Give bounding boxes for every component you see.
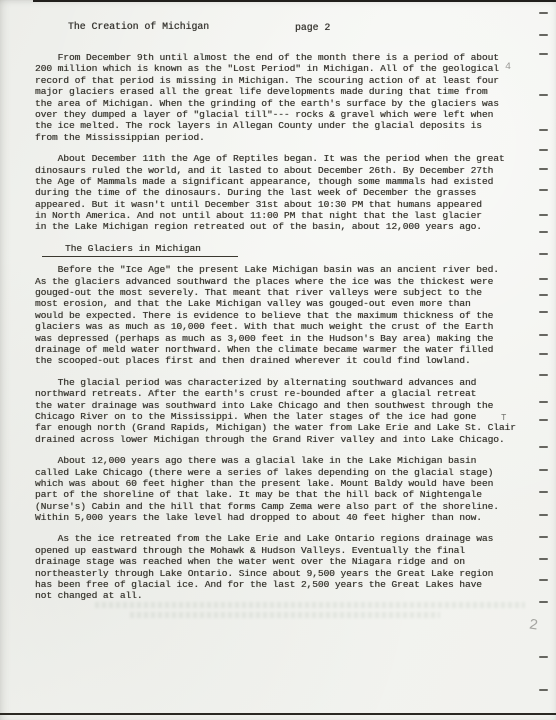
text-line: during the time of the dinosaurs. During… bbox=[35, 187, 542, 198]
scan-artifact-dash bbox=[539, 374, 548, 376]
scan-artifact-dash bbox=[539, 601, 548, 603]
ink-bleed-through bbox=[95, 602, 525, 608]
scan-artifact-dash bbox=[539, 689, 548, 691]
scan-artifact-dash bbox=[539, 231, 548, 233]
scan-artifact-dash bbox=[539, 149, 548, 151]
scan-artifact-dash bbox=[539, 168, 548, 170]
scan-artifact-dash bbox=[539, 656, 548, 658]
text-line: drainage stage was reached when the wate… bbox=[35, 556, 542, 567]
scan-artifact-dash bbox=[539, 536, 548, 538]
section-heading-text: The Glaciers in Michigan bbox=[65, 243, 201, 254]
text-line: Before the "Ice Age" the present Lake Mi… bbox=[35, 264, 542, 275]
text-line: The glacial period was characterized by … bbox=[35, 377, 542, 388]
text-line: northward retreats. After the earth's cr… bbox=[35, 388, 542, 399]
scan-artifact-dash bbox=[539, 53, 548, 55]
text-line: Within 5,000 years the lake level had dr… bbox=[35, 512, 542, 523]
text-line: opened up eastward through the Mohawk & … bbox=[35, 545, 542, 556]
scan-artifact-dash bbox=[539, 353, 548, 355]
scan-artifact-dash bbox=[539, 294, 548, 296]
text-line: dinosaurs ruled the world, and it lasted… bbox=[35, 165, 542, 176]
text-line: northeasterly through Lake Ontario. Sinc… bbox=[35, 568, 542, 579]
text-line: As the glaciers advanced southward the p… bbox=[35, 276, 542, 287]
scan-edge-bottom-line bbox=[0, 713, 556, 715]
paragraph: As the ice retreated from the Lake Erie … bbox=[35, 533, 542, 601]
text-line: which was about 60 feet higher than the … bbox=[35, 478, 542, 489]
paragraph: About December 11th the Age of Reptiles … bbox=[35, 153, 542, 233]
scan-artifact-dash bbox=[539, 12, 548, 14]
text-line: has been free of glacial ice. And for th… bbox=[35, 579, 542, 590]
stray-pen-mark: T bbox=[501, 413, 506, 423]
document-body: From December 9th until almost the end o… bbox=[35, 52, 542, 612]
text-line: appeared. But it wasn't until December 3… bbox=[35, 199, 542, 210]
scan-artifact-dash bbox=[539, 278, 548, 280]
paragraph: Before the "Ice Age" the present Lake Mi… bbox=[35, 264, 542, 367]
paragraph: From December 9th until almost the end o… bbox=[35, 52, 542, 143]
scan-artifact-dash bbox=[539, 189, 548, 191]
scan-artifact-dash bbox=[539, 469, 548, 471]
paragraph: About 12,000 years ago there was a glaci… bbox=[35, 455, 542, 523]
scan-artifact-dash bbox=[539, 129, 548, 131]
text-line: From December 9th until almost the end o… bbox=[35, 52, 542, 63]
stray-pen-mark: 2 bbox=[528, 616, 539, 634]
ink-bleed-through bbox=[130, 612, 440, 618]
text-line: (Nurse's) Cabin and the hill that forms … bbox=[35, 501, 542, 512]
text-line: gouged-out the most severely. That meant… bbox=[35, 287, 542, 298]
text-line: was depressed (perhaps as much as 3,000 … bbox=[35, 333, 542, 344]
scan-artifact-dash bbox=[539, 34, 548, 36]
text-line: not changed at all. bbox=[35, 590, 542, 601]
text-line: the area of Michigan. When the grinding … bbox=[35, 98, 542, 109]
page-number-label: page 2 bbox=[295, 22, 330, 33]
text-line: far enough north (Grand Rapids, Michigan… bbox=[35, 422, 542, 433]
stray-pen-mark: 4 bbox=[505, 62, 511, 73]
scan-artifact-dash bbox=[539, 334, 548, 336]
text-line: 200 million which is known as the "Lost … bbox=[35, 63, 542, 74]
scan-artifact-dash bbox=[539, 558, 548, 560]
heading-underline bbox=[42, 256, 238, 258]
scan-artifact-dash bbox=[539, 491, 548, 493]
text-line: major glaciers erased all the great life… bbox=[35, 86, 542, 97]
scan-artifact-dash bbox=[539, 311, 548, 313]
scanned-page: The Creation of Michigan page 2 From Dec… bbox=[0, 0, 556, 720]
scan-artifact-dash bbox=[539, 514, 548, 516]
text-line: About 12,000 years ago there was a glaci… bbox=[35, 455, 542, 466]
text-line: As the ice retreated from the Lake Erie … bbox=[35, 533, 542, 544]
text-line: in North America. And not until about 11… bbox=[35, 210, 542, 221]
text-line: the water drainage was southward into La… bbox=[35, 400, 542, 411]
text-line: would be expected. There is evidence to … bbox=[35, 310, 542, 321]
text-line: drained across lower Michigan through th… bbox=[35, 434, 542, 445]
scan-artifact-dash bbox=[539, 446, 548, 448]
paragraph: The glacial period was characterized by … bbox=[35, 377, 542, 445]
text-line: drainage of meld water northward. When t… bbox=[35, 344, 542, 355]
document-title: The Creation of Michigan bbox=[68, 21, 209, 32]
text-line: the Age of Mammals made a significant ap… bbox=[35, 176, 542, 187]
text-line: part of the shoreline of that lake. It m… bbox=[35, 489, 542, 500]
scan-edge-top-line bbox=[33, 0, 556, 2]
text-line: About December 11th the Age of Reptiles … bbox=[35, 153, 542, 164]
section-heading: The Glaciers in Michigan bbox=[35, 243, 542, 254]
text-line: record of that period is missing in Mich… bbox=[35, 75, 542, 86]
scan-artifact-dash bbox=[539, 401, 548, 403]
scan-artifact-dash bbox=[539, 253, 548, 255]
text-line: from the Mississippian period. bbox=[35, 132, 542, 143]
text-line: Chicago River on to the Mississippi. Whe… bbox=[35, 411, 542, 422]
text-line: in the Lake Michigan region retreated ou… bbox=[35, 221, 542, 232]
scan-artifact-dash bbox=[539, 419, 548, 421]
text-line: glaciers was as much as 10,000 feet. Wit… bbox=[35, 321, 542, 332]
text-line: called Lake Chicago (there were a series… bbox=[35, 467, 542, 478]
text-line: the ice melted. The rock layers in Alleg… bbox=[35, 120, 542, 131]
scan-artifact-dash bbox=[539, 94, 548, 96]
text-line: over they dumped a layer of "glacial til… bbox=[35, 109, 542, 120]
scan-artifact-dash bbox=[539, 579, 548, 581]
scan-artifact-dash bbox=[539, 214, 548, 216]
text-line: the scooped-out places first and then dr… bbox=[35, 355, 542, 366]
text-line: most erosion, and that the Lake Michigan… bbox=[35, 298, 542, 309]
